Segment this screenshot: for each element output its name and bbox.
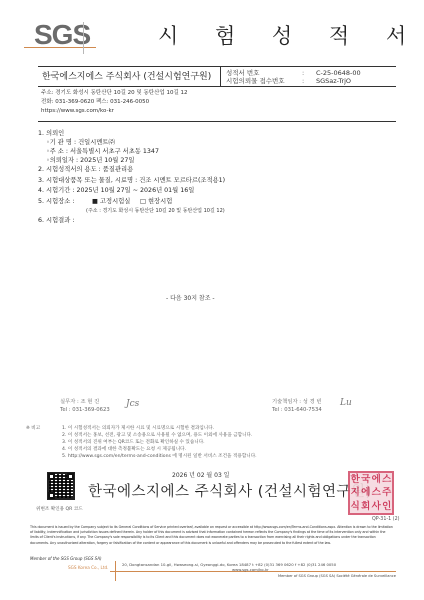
lab-address: 주소: 경기도 화성시 동탄산단 10길 20 및 동탄산업 10길 12: [41, 89, 188, 98]
receipt-number-label: 시험의뢰물 접수번호: [226, 77, 285, 85]
document-title: 시 험 성 적 서: [158, 22, 421, 50]
qr-code[interactable]: [47, 472, 75, 500]
legal-disclaimer: This document is issued by the Company s…: [30, 525, 394, 546]
tester-signature: Jcs: [126, 399, 139, 409]
footer-brand: SGS Korea Co., Ltd.: [68, 565, 108, 570]
section-3-sample: 3. 시험대상품목 또는 물질, 시료명 : 건조 시멘트 모르타르(조적용1): [38, 177, 225, 185]
header-rule-middle: [38, 86, 396, 87]
receipt-number-value: SGSaz-TrjO: [316, 77, 351, 85]
company-name-header: 한국에스지에스 주식회사 (건설시험연구원): [42, 70, 211, 84]
qr-caption: 위변조 확인용 QR 코드: [36, 506, 83, 512]
footer-member: Member of SGS Group (SGS SA) Société Gén…: [278, 574, 396, 578]
approver-signature: Lu: [340, 398, 352, 408]
tester-name: 실무자 : 조 현 진: [60, 398, 99, 406]
seal-char: 국: [361, 473, 372, 486]
qr-finder: [48, 473, 55, 480]
qr-finder: [67, 473, 74, 480]
section-1-title: 1. 의뢰인: [38, 130, 64, 138]
field-test-option-unchecked: □ 현장시험: [140, 198, 172, 206]
form-number: QP-31-1 (2): [372, 517, 400, 522]
section-4-period: 4. 시험기간 : 2025년 10월 27일 ~ 2026년 01월 16일: [38, 187, 194, 195]
colon: :: [302, 69, 304, 77]
header-rule-bottom: [38, 121, 396, 122]
note-item: 1. 이 시험성적서는 의뢰자가 제시한 시료 및 시료명으로 시험한 결과입니…: [62, 425, 214, 432]
note-item: 2. 이 성적서는 홍보, 선전, 광고 및 소송용으로 사용될 수 없으며, …: [62, 432, 252, 439]
report-number-value: C-25-0648-00: [316, 69, 361, 77]
company-seal: 한 국 에 스 지 에 스 주 식 회 사 인: [348, 471, 394, 515]
lab-website-link[interactable]: https://www.sgs.com/ko-kr: [41, 107, 188, 116]
issuer-name: 한국에스지에스 주식회사 (건설시험연구원): [88, 480, 372, 501]
sgs-logo: SGS: [34, 20, 90, 50]
tester-phone: Tel : 031-369-0623: [60, 406, 110, 414]
seal-char: 지: [350, 486, 361, 499]
logo-underline: [24, 47, 96, 48]
seal-char: 사: [371, 500, 382, 513]
section-2-purpose: 2. 시험성적서의 용도 : 품질관리용: [38, 166, 133, 174]
notes-label: ※ 비고: [26, 425, 40, 432]
header-vertical-separator: [220, 66, 221, 86]
section-5-label: 5. 시험장소 :: [38, 198, 74, 206]
note-item: 5. http://www.sgs.com/en/terms-and-condi…: [62, 453, 257, 460]
colon: :: [302, 77, 304, 85]
footer-address-line: 20, Dongtansandan 10-gil, Hwaseong-si, G…: [122, 562, 336, 567]
request-date: ◦의뢰일자 : 2025년 10월 27일: [46, 157, 134, 165]
qr-finder: [48, 492, 55, 499]
seal-char: 회: [361, 500, 372, 513]
lab-phone-fax: 전화: 031-369-0620 팩스: 031-246-0050: [41, 98, 188, 107]
client-company: ◦기 관 명 : 건일시멘트㈜: [46, 139, 115, 147]
section-6-results: 6. 시험결과 :: [38, 217, 74, 225]
seal-char: 인: [382, 500, 393, 513]
logo-divider: [83, 22, 84, 54]
note-item: 4. 이 성적서의 결과에 대한 측정불확도는 요청 시 제공됩니다.: [62, 446, 186, 453]
client-address: ◦주 소 : 서울특별시 서초구 서초동 1347: [46, 148, 159, 156]
seal-char: 한: [350, 473, 361, 486]
fixed-lab-option-checked: ■ 고정시험실: [92, 198, 130, 206]
seal-char: 에: [371, 473, 382, 486]
seal-char: 에: [361, 486, 372, 499]
seal-char: 주: [382, 486, 393, 499]
approver-name: 기술책임자 : 성 경 빈: [272, 398, 321, 406]
footer-address: 20, Dongtansandan 10-gil, Hwaseong-si, G…: [122, 562, 336, 572]
issue-date: 2026 년 02 월 03 일: [172, 470, 229, 479]
lab-address-block: 주소: 경기도 화성시 동탄산단 10길 20 및 동탄산업 10길 12 전화…: [41, 89, 188, 116]
test-location-address: (주소 : 경기도 화성시 동탄산단 10길 20 및 동탄산업 10길 12): [86, 208, 225, 215]
seal-char: 스: [371, 486, 382, 499]
seal-char: 스: [382, 473, 393, 486]
footer-website-link[interactable]: www.sgs.com/ko-kr: [122, 567, 336, 572]
report-number-label: 성적서 번호: [226, 69, 259, 77]
member-line: Member of the SGS Group (SGS SA): [30, 556, 102, 561]
header-rule-top: [38, 66, 396, 67]
seal-char: 식: [350, 500, 361, 513]
approver-phone: Tel : 031-640-7534: [272, 406, 322, 414]
continued-note: - 다음 30지 참조 -: [166, 293, 215, 302]
note-item: 3. 이 성적서의 진위 여부는 QR코드 또는 전화로 확인하실 수 있습니다…: [62, 439, 205, 446]
